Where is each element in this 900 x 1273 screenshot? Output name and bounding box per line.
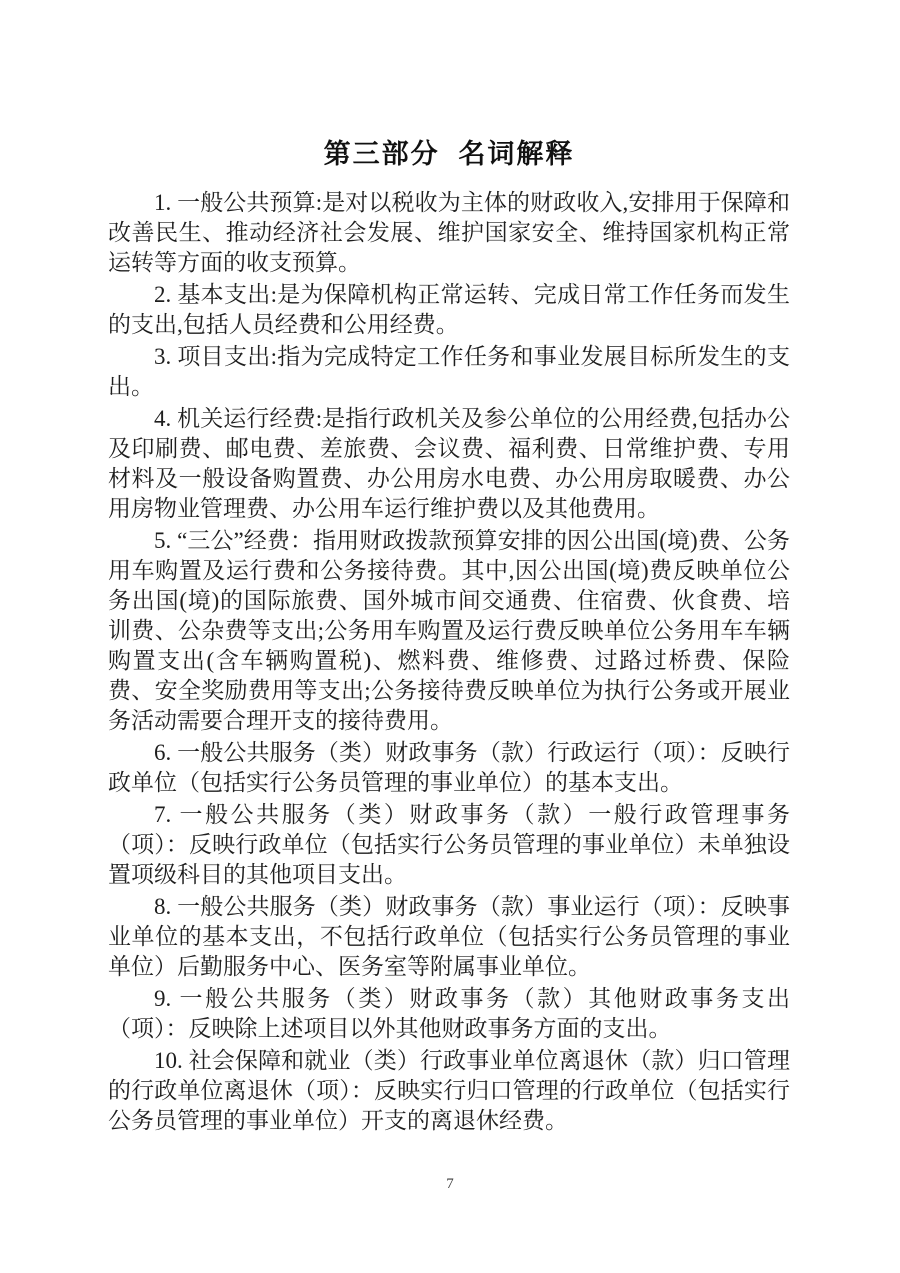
definition-project-expenditure: 3. 项目支出:指为完成特定工作任务和事业发展目标所发生的支出。	[108, 342, 790, 402]
document-page: 第三部分 名词解释 1. 一般公共预算:是对以税收为主体的财政收入,安排用于保障…	[0, 0, 900, 1273]
definition-general-public-budget: 1. 一般公共预算:是对以税收为主体的财政收入,安排用于保障和改善民生、推动经济…	[108, 188, 790, 278]
document-content: 第三部分 名词解释 1. 一般公共预算:是对以税收为主体的财政收入,安排用于保障…	[108, 132, 790, 1138]
definition-institution-operation: 8. 一般公共服务（类）财政事务（款）事业运行（项）：反映事业单位的基本支出，不…	[108, 892, 790, 982]
definition-retirement-funds: 10. 社会保障和就业（类）行政事业单位离退休（款）归口管理的行政单位离退休（项…	[108, 1046, 790, 1136]
definition-other-fiscal-affairs: 9. 一般公共服务（类）财政事务（款）其他财政事务支出（项）：反映除上述项目以外…	[108, 984, 790, 1044]
definition-general-admin-affairs: 7. 一般公共服务（类）财政事务（款）一般行政管理事务（项）：反映行政单位（包括…	[108, 800, 790, 890]
definition-three-public-funds: 5. “三公”经费：指用财政拨款预算安排的因公出国(境)费、公务用车购置及运行费…	[108, 526, 790, 736]
page-title: 第三部分 名词解释	[108, 132, 790, 171]
page-number: 7	[0, 1176, 900, 1193]
definition-basic-expenditure: 2. 基本支出:是为保障机构正常运转、完成日常工作任务而发生的支出,包括人员经费…	[108, 280, 790, 340]
definition-administrative-operation: 6. 一般公共服务（类）财政事务（款）行政运行（项）：反映行政单位（包括实行公务…	[108, 738, 790, 798]
definition-agency-operating-funds: 4. 机关运行经费:是指行政机关及参公单位的公用经费,包括办公及印刷费、邮电费、…	[108, 404, 790, 524]
